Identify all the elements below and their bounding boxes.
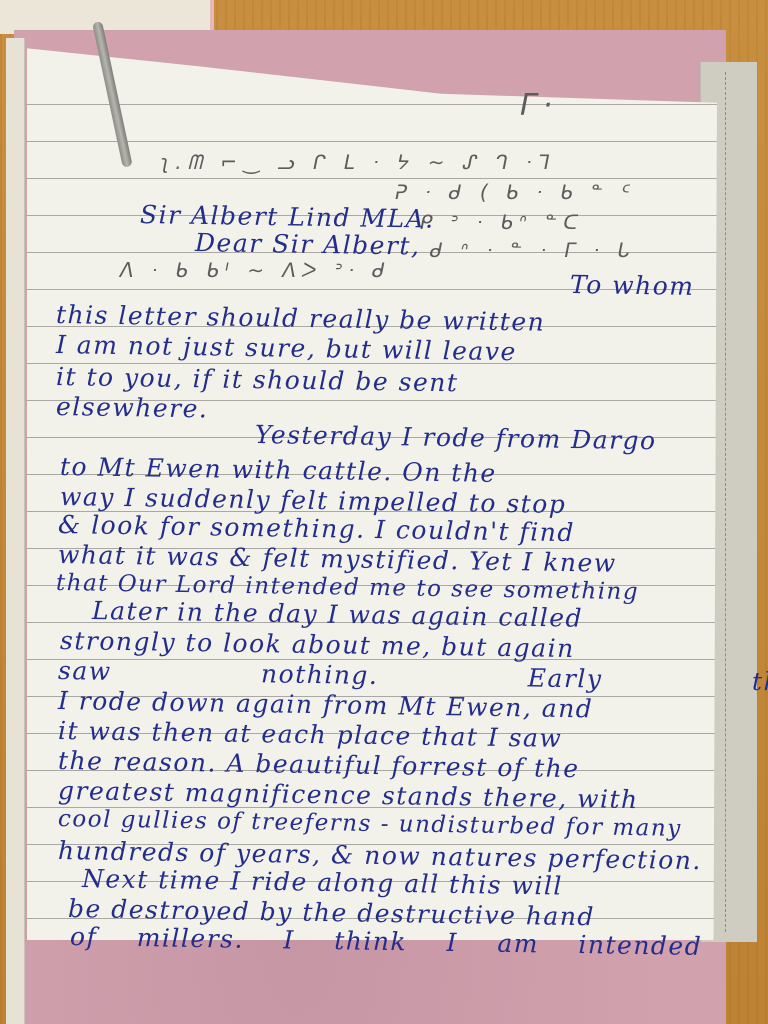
letter-line: To whom bbox=[570, 270, 695, 301]
stacked-pages-edge bbox=[6, 38, 25, 1024]
shorthand-line-1: ʅ.ᗰ ⌐‿ ᓗ ᒋ ᒪ ᐧ ᔭ ∼ ᔑ ᒉ ᐧᒣ bbox=[160, 150, 556, 174]
underlying-paper bbox=[0, 0, 214, 34]
shorthand-line-3: ᑭ ᐣ ᐧ ᑲᐢ ᓐᑕ bbox=[420, 210, 584, 234]
shorthand-line-5: Λ ᐧ ᑲ ᑲᑊ ∼ ᐱᐳ ᐣᐧ ᑯ bbox=[120, 258, 391, 282]
shorthand-line-4: ᑯ ᐢ ᐧ ᓐ ᐧ ᒥ ᐧ ᒐ bbox=[430, 238, 636, 262]
salutation: Dear Sir Albert, bbox=[195, 228, 421, 261]
shorthand-note-top: ᒥ· bbox=[520, 88, 558, 123]
shorthand-line-2: ᕈ ᐧ ᑯ ( ᑲ ᐧ ᑲ ᓐ ᑦ bbox=[395, 180, 636, 204]
letter-line: elsewhere. bbox=[56, 392, 209, 423]
